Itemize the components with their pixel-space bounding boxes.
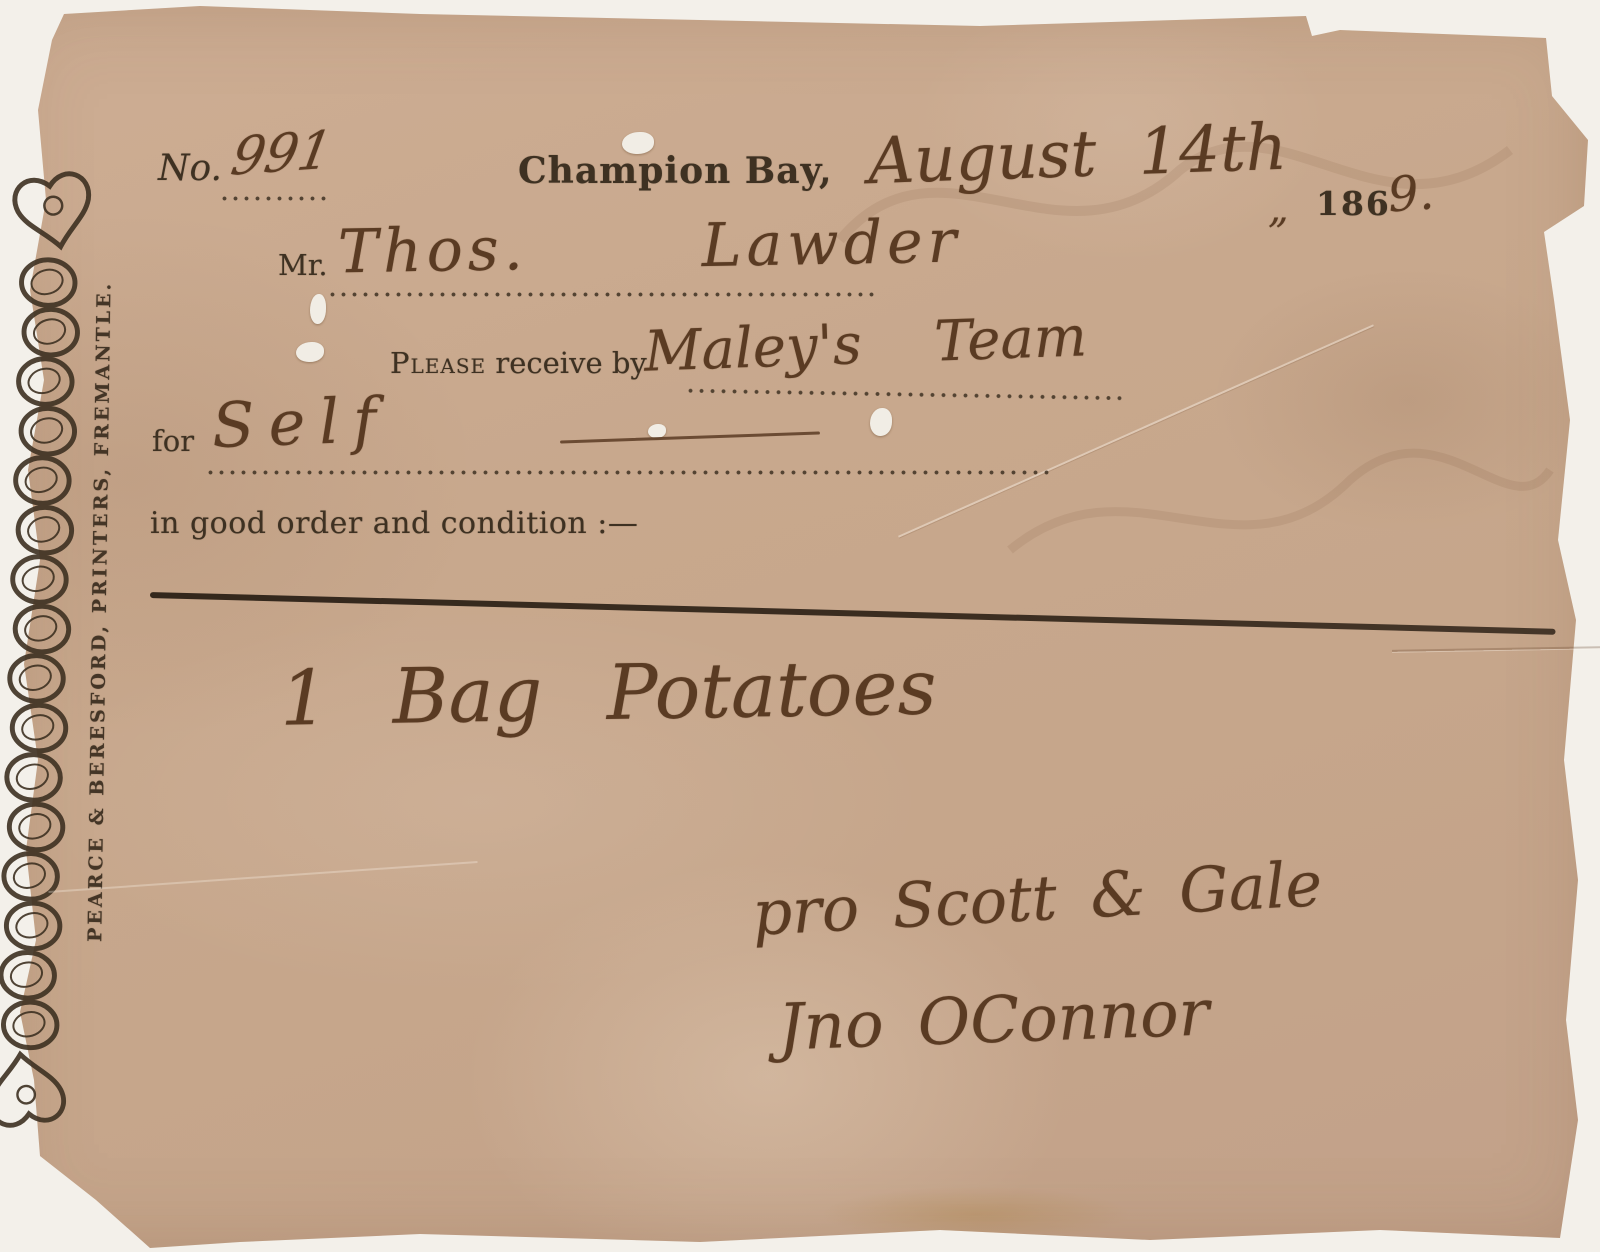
- goods-entry: 1 Bag Potatoes: [279, 642, 937, 742]
- paper-hole: [870, 408, 892, 436]
- paper-hole: [310, 294, 326, 324]
- place-name: Champion Bay,: [518, 150, 833, 192]
- addressee-label: Mr.: [278, 248, 328, 282]
- year-printed: 186: [1316, 184, 1391, 223]
- receive-by-label: Please receive by: [390, 346, 647, 380]
- addressee-name: Thos. Lawder: [337, 207, 961, 288]
- receive-word-please: Please: [390, 346, 486, 380]
- document-number-value: 991: [227, 120, 337, 188]
- condition-label: in good order and condition :—: [150, 506, 638, 541]
- paper-hole: [296, 342, 324, 362]
- date-ditto-mark: „: [1268, 186, 1289, 232]
- number-dotted-leader: [222, 196, 332, 201]
- scanned-receipt: PEARCE & BERESFORD, PRINTERS, FREMANTLE.…: [0, 0, 1600, 1252]
- signature-name: Jno OConnor: [777, 976, 1211, 1065]
- for-label: for: [152, 424, 194, 458]
- for-dotted-leader: [208, 470, 1054, 475]
- addressee-dotted-leader: [330, 292, 875, 297]
- receive-word-rest: receive by: [495, 346, 646, 380]
- consignee-value: Self: [211, 383, 391, 462]
- paper-hole: [648, 424, 666, 438]
- document-number-label: No.: [158, 148, 222, 189]
- date-handwritten: August 14th: [867, 111, 1288, 200]
- year-handwritten: 9.: [1386, 164, 1436, 223]
